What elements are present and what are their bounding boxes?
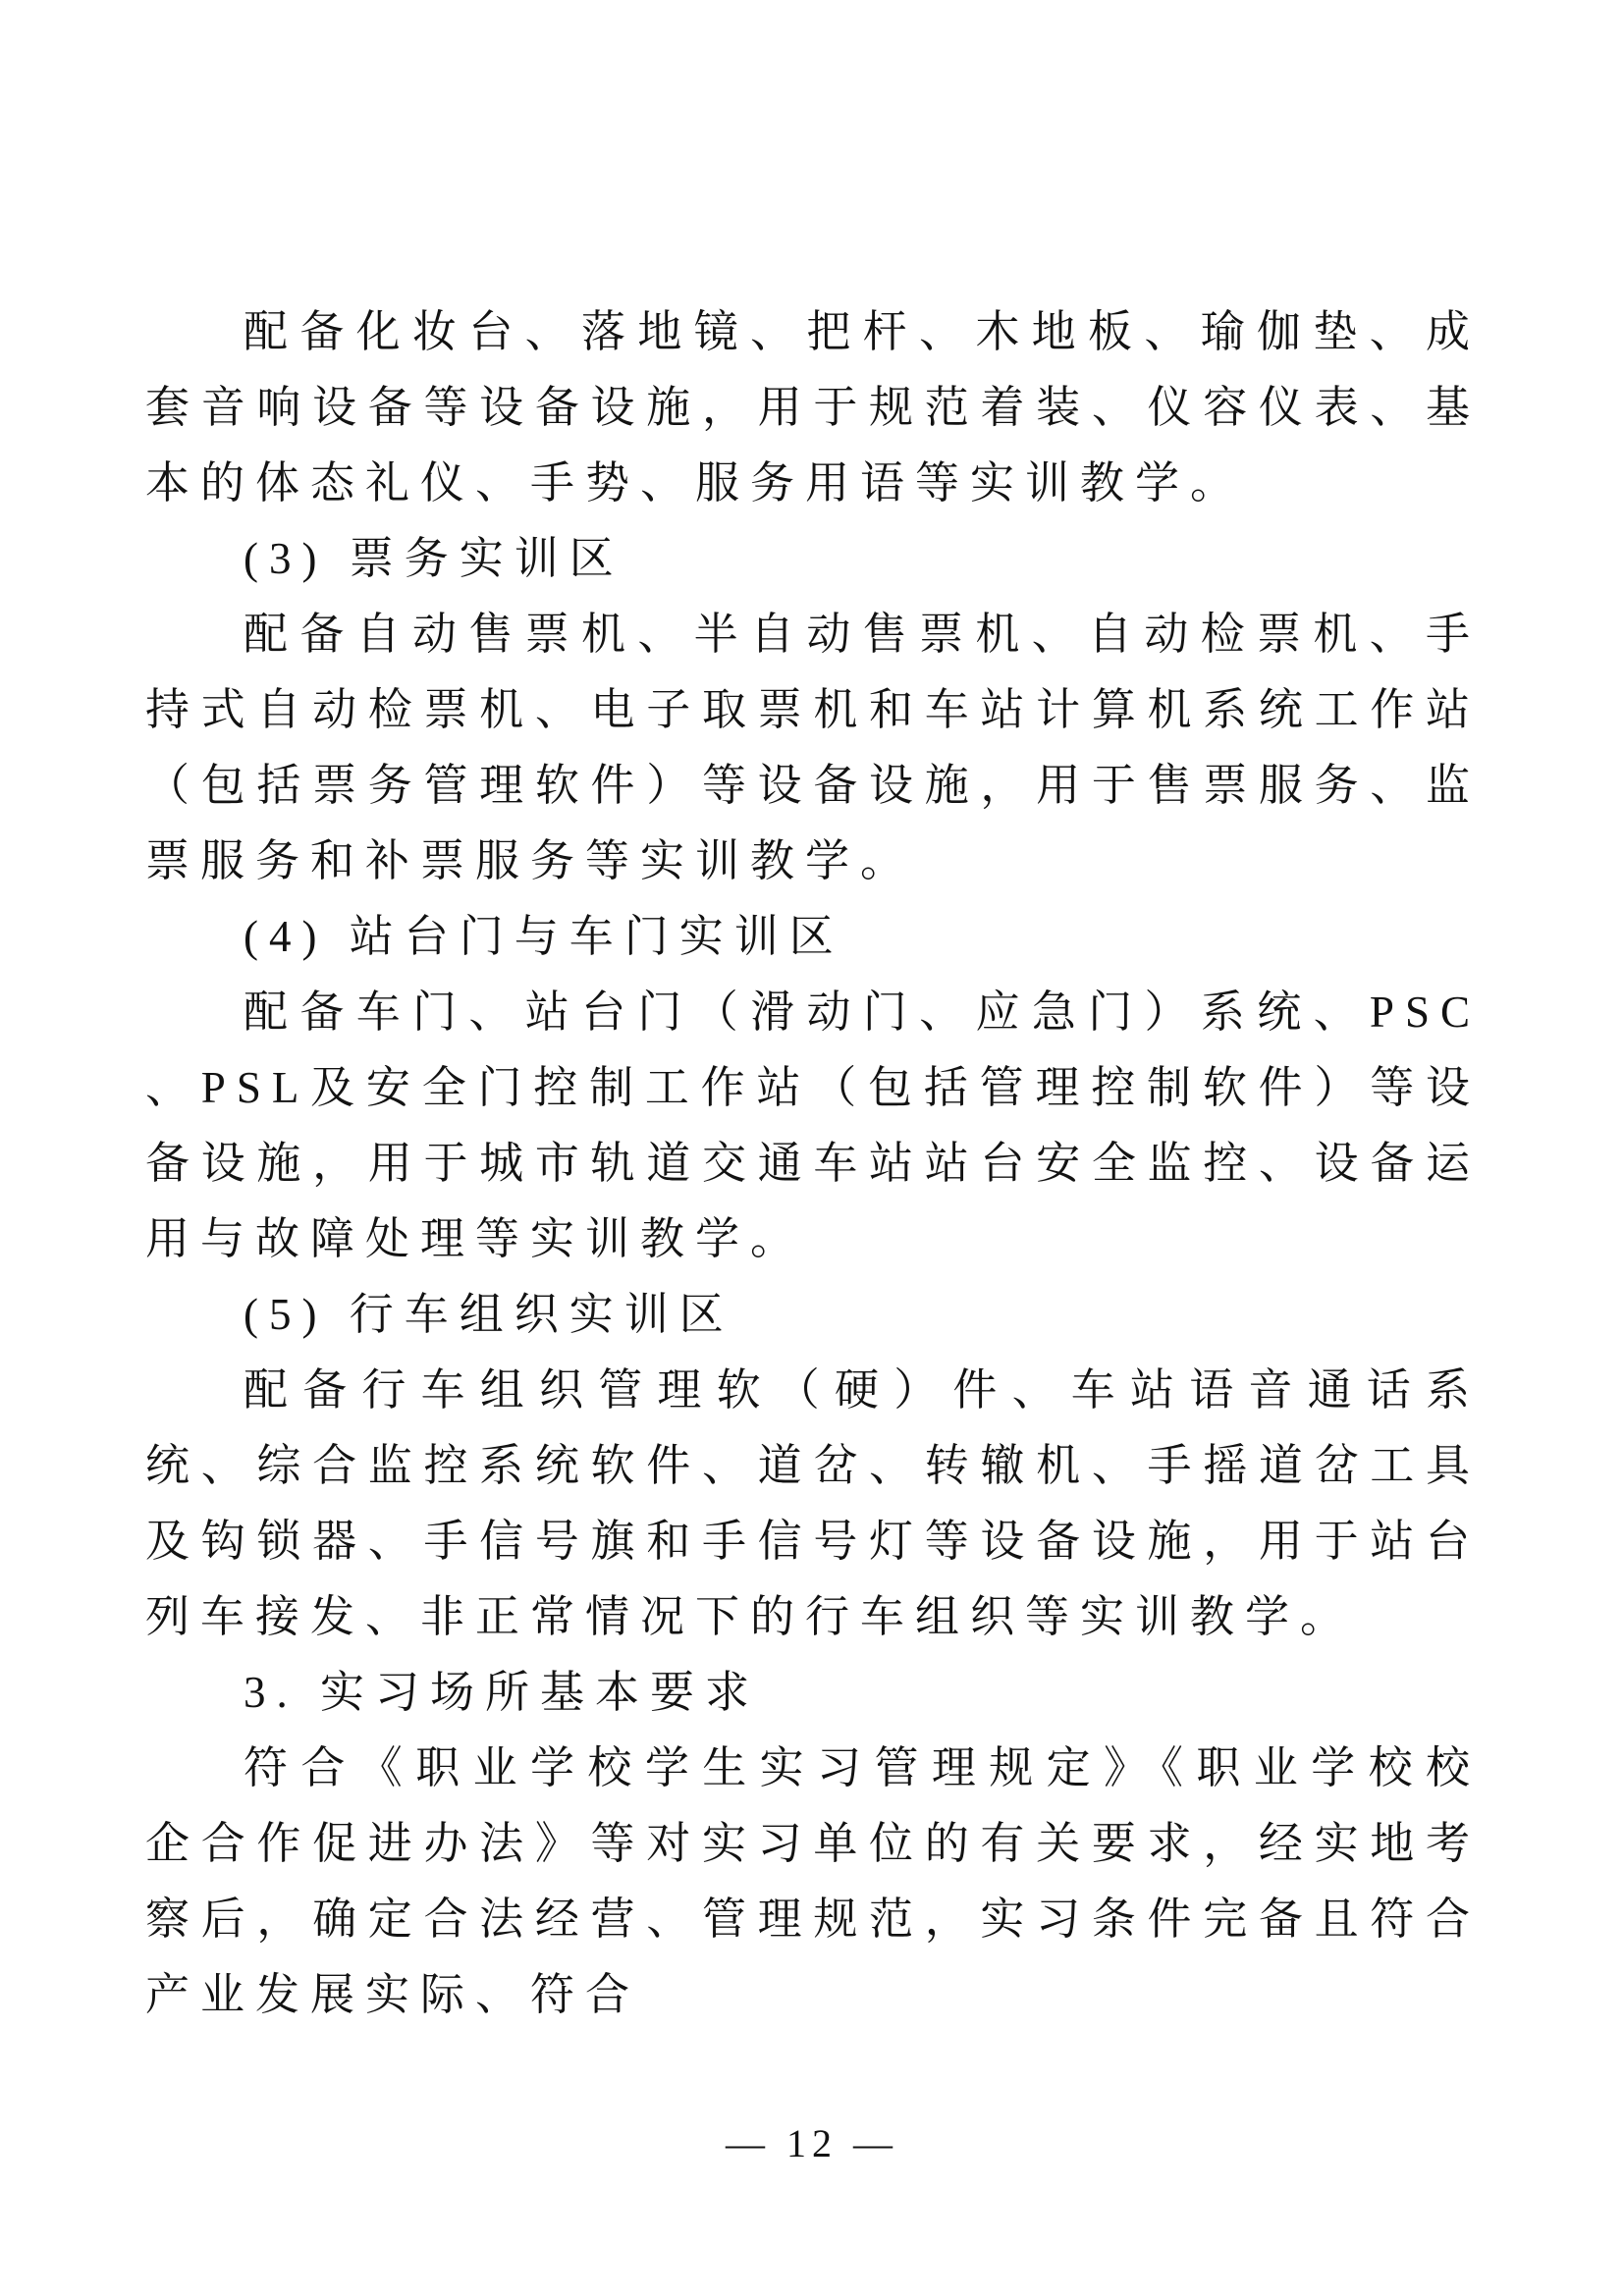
- section-heading: (3) 票务实训区: [145, 521, 1481, 597]
- document-body: 配备化妆台、落地镜、把杆、木地板、瑜伽垫、成套音响设备等设备设施，用于规范着装、…: [145, 294, 1481, 2033]
- page-number: — 12 —: [0, 2120, 1624, 2166]
- section-heading: 3. 实习场所基本要求: [145, 1655, 1481, 1731]
- section-heading: (4) 站台门与车门实训区: [145, 899, 1481, 975]
- document-page: 配备化妆台、落地镜、把杆、木地板、瑜伽垫、成套音响设备等设备设施，用于规范着装、…: [0, 0, 1624, 2296]
- body-paragraph: 配备自动售票机、半自动售票机、自动检票机、手持式自动检票机、电子取票机和车站计算…: [145, 597, 1481, 899]
- body-paragraph: 配备化妆台、落地镜、把杆、木地板、瑜伽垫、成套音响设备等设备设施，用于规范着装、…: [145, 294, 1481, 521]
- section-heading: (5) 行车组织实训区: [145, 1277, 1481, 1353]
- body-paragraph: 配备行车组织管理软（硬）件、车站语音通话系统、综合监控系统软件、道岔、转辙机、手…: [145, 1353, 1481, 1655]
- body-paragraph: 配备车门、站台门（滑动门、应急门）系统、PSC 、PSL及安全门控制工作站（包括…: [145, 975, 1481, 1277]
- body-paragraph: 符合《职业学校学生实习管理规定》《职业学校校企合作促进办法》等对实习单位的有关要…: [145, 1731, 1481, 2033]
